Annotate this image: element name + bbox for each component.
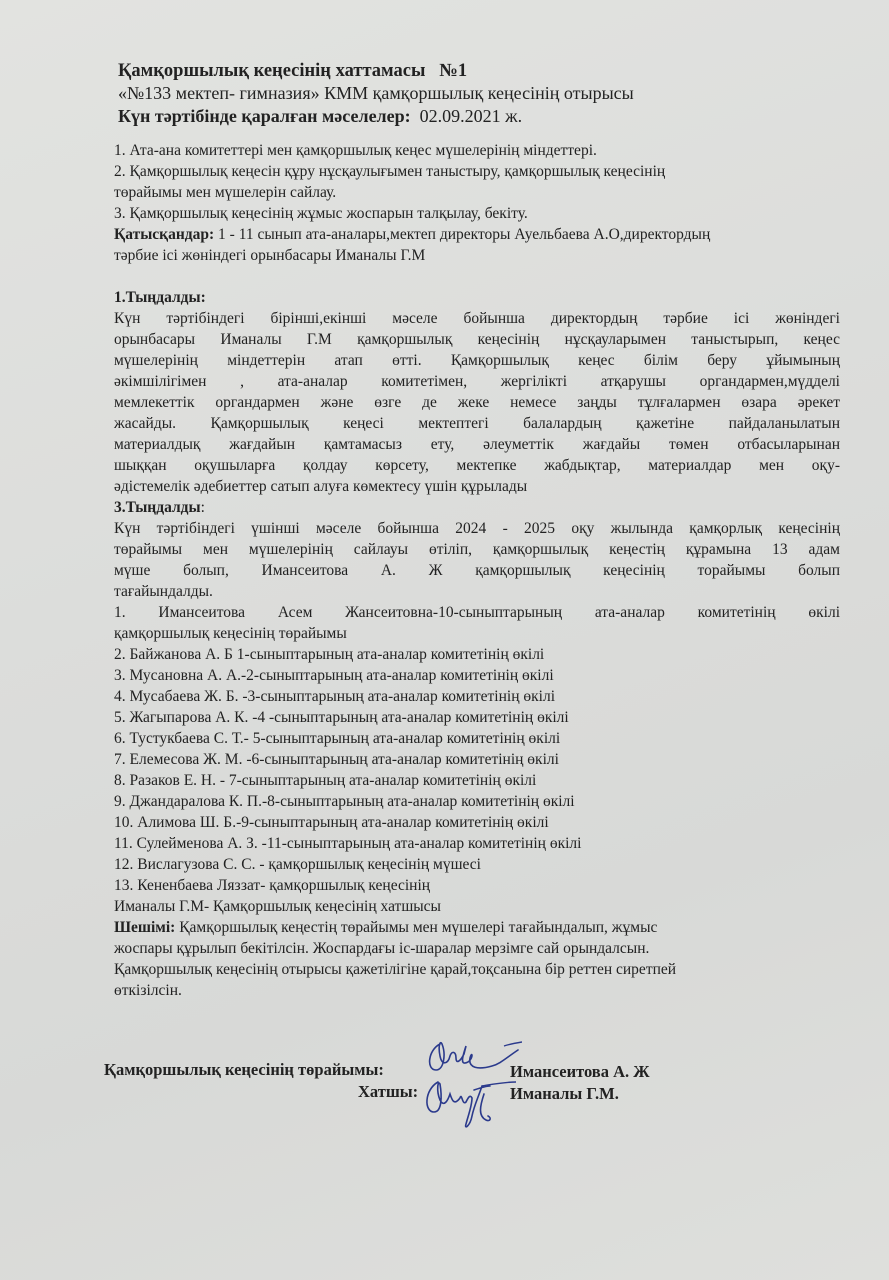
section-3-line: мүше болып, Имансеитова А. Ж қамқоршылық… <box>114 560 840 581</box>
member-item: 3. Мусановна А. А.-2-сыныптарының ата-ан… <box>114 665 844 686</box>
agenda-date: 02.09.2021 ж. <box>420 106 522 126</box>
member-item: 4. Мусабаева Ж. Б. -3-сыныптарының ата-а… <box>114 686 844 707</box>
member-item: 6. Тустукбаева С. Т.- 5-сыныптарының ата… <box>114 728 844 749</box>
member-item: 9. Джандаралова К. П.-8-сыныптарының ата… <box>114 791 844 812</box>
decision-label: Шешімі: <box>114 919 175 936</box>
participants-label: Қатысқандар: <box>114 226 214 243</box>
signature-block: Қамқоршылық кеңесінің төрайымы: Имансеит… <box>104 1048 744 1128</box>
section-3-line: тағайындалды. <box>114 581 840 602</box>
agenda-list: 1. Ата-ана комитеттері мен қамқоршылық к… <box>114 140 844 266</box>
member-item: 10. Алимова Ш. Б.-9-сыныптарының ата-ана… <box>114 812 844 833</box>
chair-label: Қамқоршылық кеңесінің төрайымы: <box>104 1060 384 1080</box>
section-1-line: Күн тәртібіндегі бірінші,екінші мәселе б… <box>114 308 840 329</box>
member-item: 5. Жагыпарова А. К. -4 -сыныптарының ата… <box>114 707 844 728</box>
title-number: №1 <box>439 61 467 81</box>
agenda-heading: Күн тәртібінде қаралған мәселелер: 02.09… <box>118 104 844 128</box>
participants: Қатысқандар: 1 - 11 сынып ата-аналары,ме… <box>114 224 844 245</box>
member-item: 13. Кененбаева Ляззат- қамқоршылық кеңес… <box>114 875 844 896</box>
section-1-line: мүшелерінің міндеттерін атап өтті. Қамқо… <box>114 350 840 371</box>
section-1-body: Күн тәртібіндегі бірінші,екінші мәселе б… <box>114 308 844 497</box>
decision-block: Шешімі: Қамқоршылық кеңестің төрайымы ме… <box>114 917 844 1001</box>
section-1-line: әдістемелік әдебиеттер сатып алуға көмек… <box>114 476 840 497</box>
member-item: 1. Имансеитова Асем Жансеитовна-10-сынып… <box>114 602 840 623</box>
member-item: 2. Байжанова А. Б 1-сыныптарының ата-ана… <box>114 644 844 665</box>
member-item: 8. Разаков Е. Н. - 7-сыныптарының ата-ан… <box>114 770 844 791</box>
section-1-heading: 1.Тыңдалды: <box>114 287 844 308</box>
document-title: Қамқоршылық кеңесінің хаттамасы №1 <box>118 60 844 82</box>
section-1-line: материалдық жағдайын қамтамасыз ету, әле… <box>114 434 840 455</box>
member-item: 7. Елемесова Ж. М. -6-сыныптарының ата-а… <box>114 749 844 770</box>
agenda-item: 2. Қамқоршылық кеңесін құру нұсқаулығыме… <box>114 161 844 182</box>
decision-line: жоспары құрылып бекітілсін. Жоспардағы і… <box>114 938 844 959</box>
decision-text: Қамқоршылық кеңестің төрайымы мен мүшеле… <box>175 919 657 936</box>
secretary-name: Иманалы Г.М. <box>510 1084 619 1104</box>
secretary-line: Иманалы Г.М- Қамқоршылық кеңесінің хатшы… <box>114 896 844 917</box>
participants-text: 1 - 11 сынып ата-аналары,мектеп директор… <box>214 226 710 243</box>
agenda-item-continued: төрайымы мен мүшелерін сайлау. <box>114 182 844 203</box>
decision-line: Қамқоршылық кеңесінің отырысы қажетілігі… <box>114 959 844 980</box>
decision-first-line: Шешімі: Қамқоршылық кеңестің төрайымы ме… <box>114 917 844 938</box>
members-list: 1. Имансеитова Асем Жансеитовна-10-сынып… <box>114 602 844 917</box>
section-1-line: шыққан оқушыларға қолдау көрсету, мектеп… <box>114 455 840 476</box>
section-3-line: төрайымы мен мүшелерінің сайлауы өтіліп,… <box>114 539 840 560</box>
section-3-heading-colon: : <box>201 499 205 516</box>
member-item: 12. Вислагузова С. С. - қамқоршылық кеңе… <box>114 854 844 875</box>
section-3-heading: 3.Тыңдалды: <box>114 497 844 518</box>
chair-signature-icon <box>422 1036 522 1080</box>
participants-continued: тәрбие ісі жөніндегі орынбасары Иманалы … <box>114 245 844 266</box>
section-1-line: орынбасары Иманалы Г.М қамқоршылық кеңес… <box>114 329 840 350</box>
member-item-continued: қамқоршылық кеңесінің төрайымы <box>114 623 844 644</box>
agenda-item: 3. Қамқоршылық кеңесінің жұмыс жоспарын … <box>114 203 844 224</box>
agenda-heading-label: Күн тәртібінде қаралған мәселелер: <box>118 106 411 126</box>
section-3-body: Күн тәртібіндегі үшінші мәселе бойынша 2… <box>114 518 844 602</box>
section-1-line: мемлекеттік органдармен және өзге де жек… <box>114 392 840 413</box>
secretary-label: Хатшы: <box>358 1082 418 1102</box>
protocol-document: Қамқоршылық кеңесінің хаттамасы №1 «№133… <box>114 60 844 1001</box>
member-item: 11. Сулейменова А. З. -11-сыныптарының а… <box>114 833 844 854</box>
section-1-line: әкімшілігімен , ата-аналар комитетімен, … <box>114 371 840 392</box>
title-text: Қамқоршылық кеңесінің хаттамасы <box>118 61 425 81</box>
agenda-item: 1. Ата-ана комитеттері мен қамқоршылық к… <box>114 140 844 161</box>
secretary-signature-icon <box>416 1076 516 1132</box>
section-3-line: Күн тәртібіндегі үшінші мәселе бойынша 2… <box>114 518 840 539</box>
section-3-heading-text: 3.Тыңдалды <box>114 499 201 516</box>
chair-name: Имансеитова А. Ж <box>510 1062 650 1082</box>
section-1-line: жасайды. Қамқоршылық кеңесі мектептегі б… <box>114 413 840 434</box>
document-subtitle: «№133 мектеп- гимназия» КММ қамқоршылық … <box>118 82 844 104</box>
decision-line: өткізілсін. <box>114 980 844 1001</box>
